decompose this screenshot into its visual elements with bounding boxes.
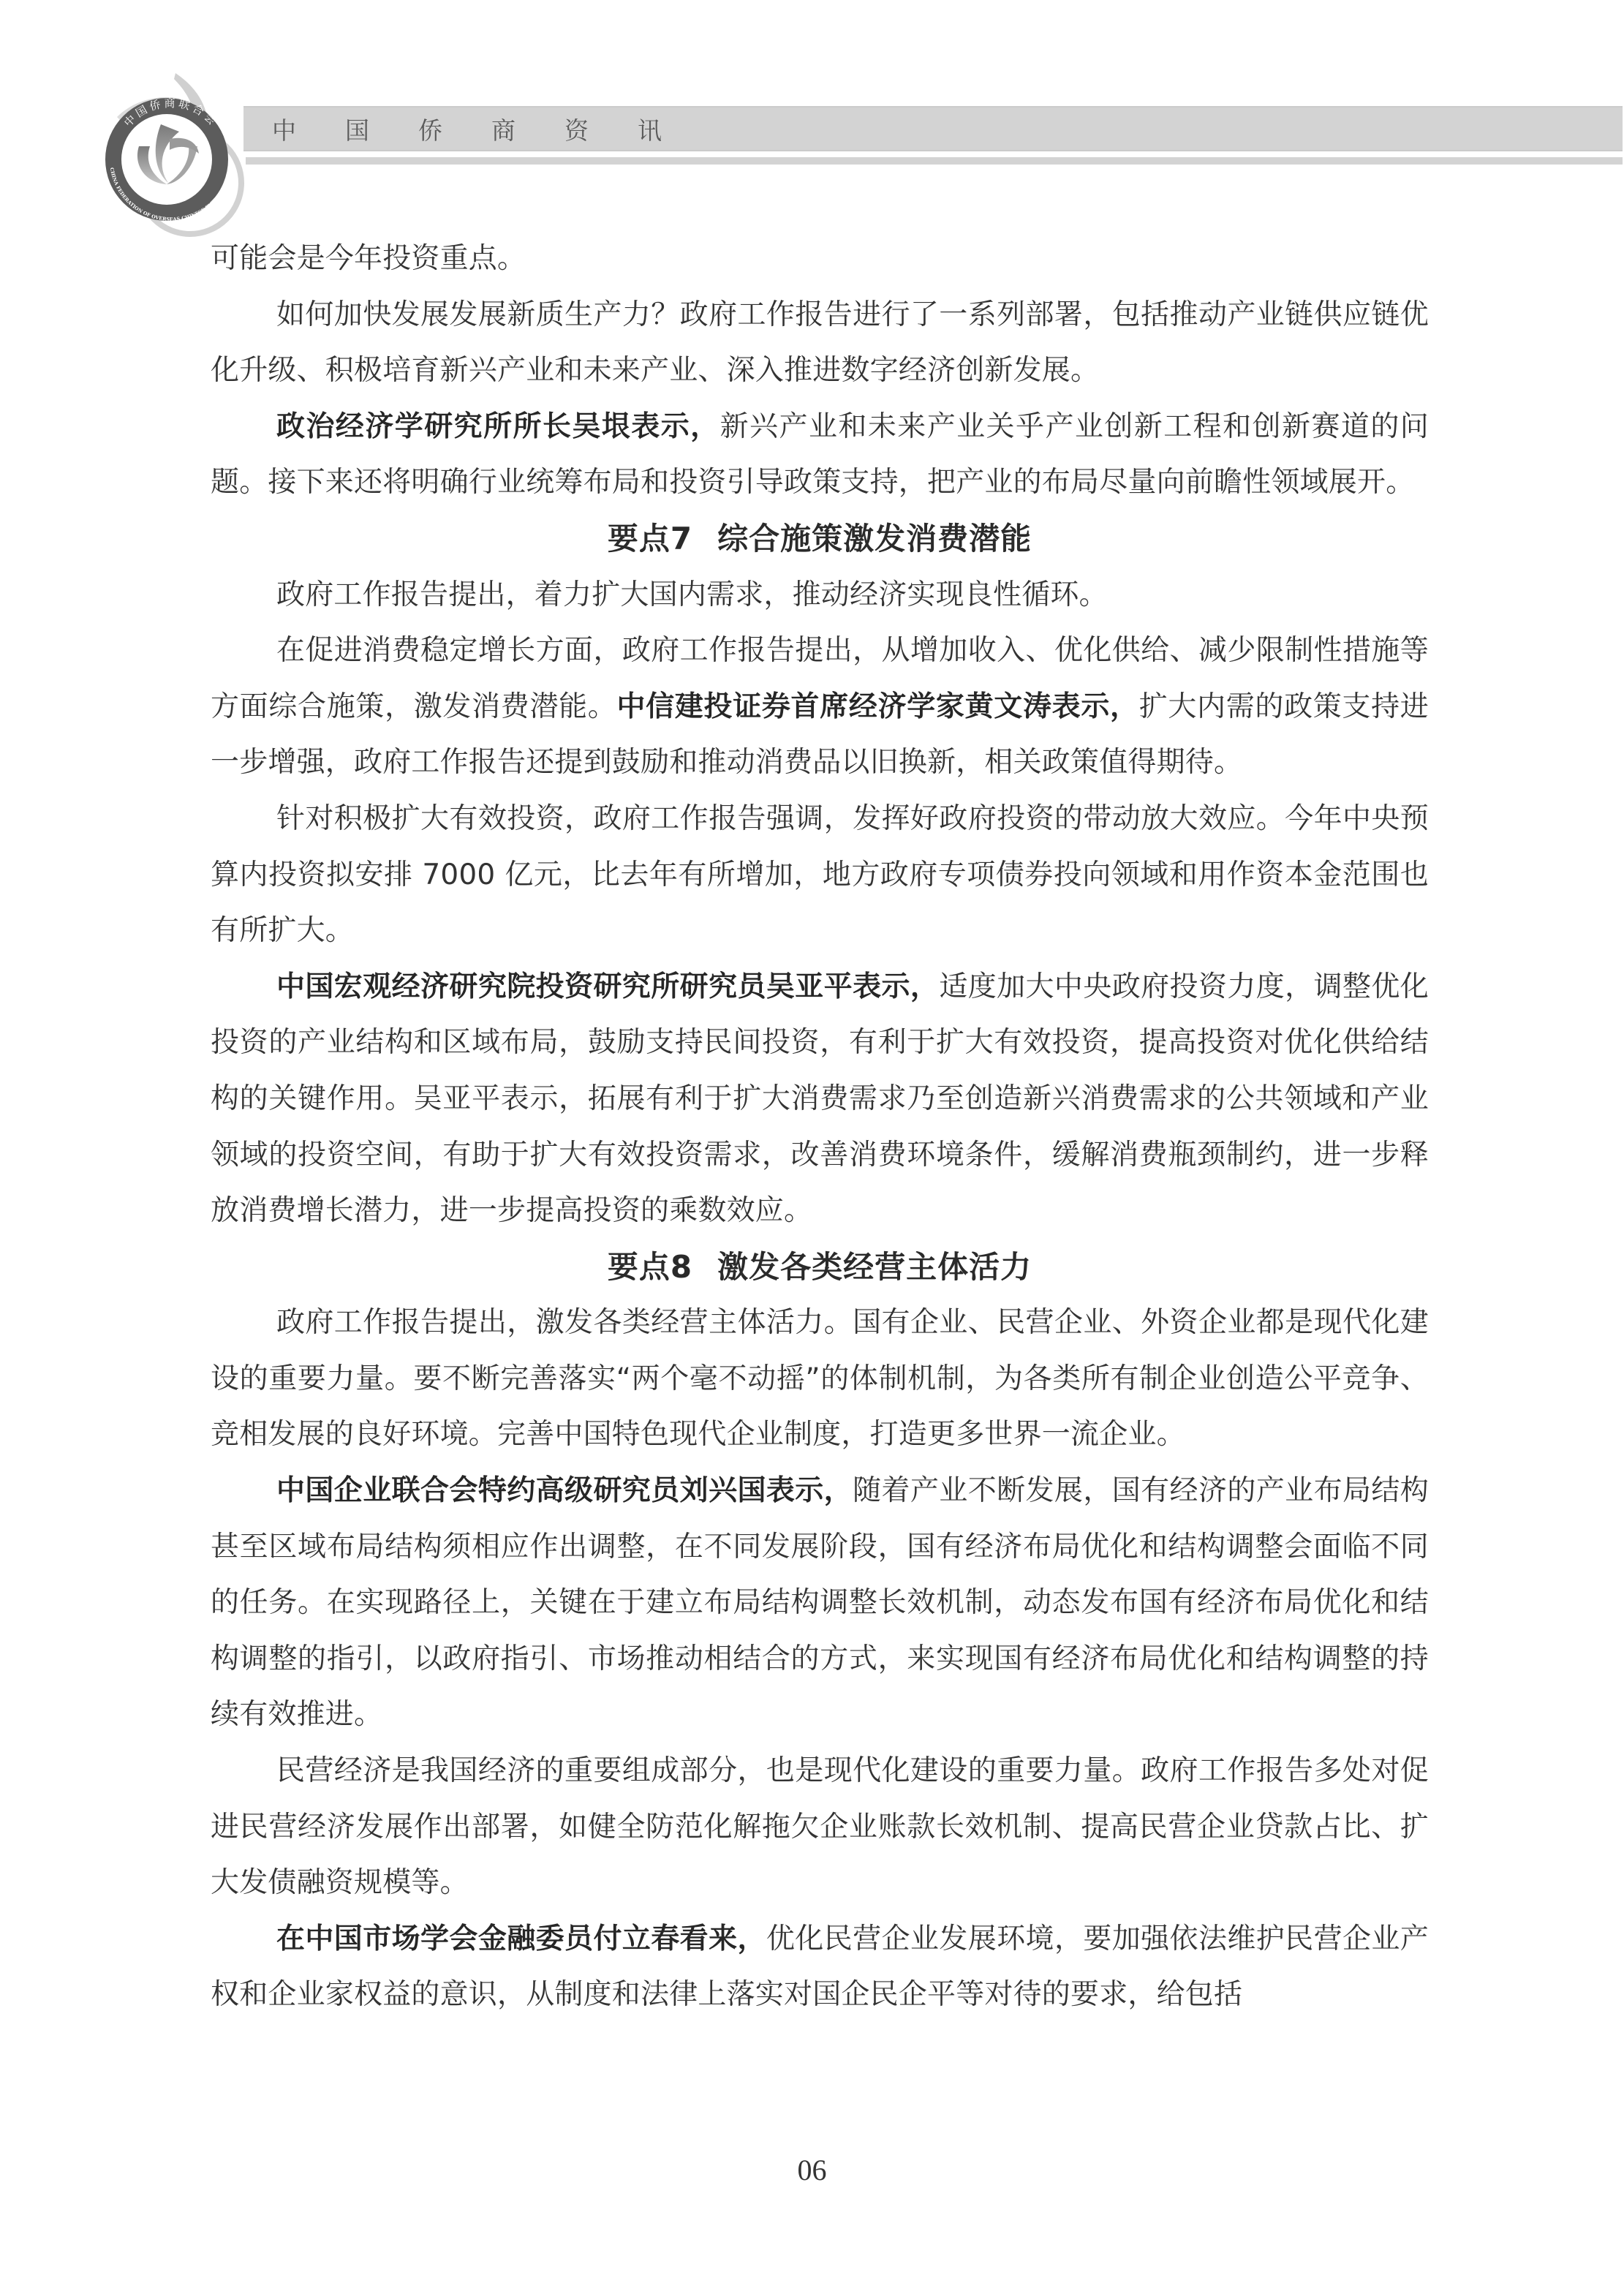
paragraph-text: 适度加大中央政府投资力度，调整优化投资的产业结构和区域布局，鼓励支持民间投资，有… [211,970,1429,1227]
body-paragraph: 政府工作报告提出，激发各类经营主体活力。国有企业、民营企业、外资企业都是现代化建… [211,1295,1429,1463]
section-number: 要点7 [608,521,692,556]
article-body: 可能会是今年投资重点。如何加快发展发展新质生产力？政府工作报告进行了一系列部署，… [211,231,1429,2023]
publication-title-char: 商 [491,112,564,146]
body-paragraph: 政治经济学研究所所长吴垠表示，新兴产业和未来产业关乎产业创新工程和创新赛道的问题… [211,399,1429,511]
publication-title: 中 国 侨 商 资 讯 [272,110,711,148]
body-paragraph: 民营经济是我国经济的重要组成部分，也是现代化建设的重要力量。政府工作报告多处对促… [211,1743,1429,1911]
organization-seal-icon: 中国侨商联合会 CHINA FEDERATION OF OVERSEAS CHI… [88,73,263,249]
speaker-attribution: 中国企业联合会特约高级研究员刘兴国表示， [276,1474,853,1507]
section-number: 要点8 [608,1249,692,1285]
page-number: 06 [0,2153,1624,2187]
paragraph-text: 政府工作报告提出，着力扩大国内需求，推动经济实现良性循环。 [276,578,1108,611]
body-paragraph: 中国企业联合会特约高级研究员刘兴国表示，随着产业不断发展，国有经济的产业布局结构… [211,1463,1429,1743]
paragraph-text: 随着产业不断发展，国有经济的产业布局结构甚至区域布局结构须相应作出调整，在不同发… [211,1474,1429,1731]
speaker-attribution: 政治经济学研究所所长吴垠表示， [276,410,720,443]
paragraph-text: 民营经济是我国经济的重要组成部分，也是现代化建设的重要力量。政府工作报告多处对促… [211,1754,1429,1899]
paragraph-text: 针对积极扩大有效投资，政府工作报告强调，发挥好政府投资的带动放大效应。今年中央预… [211,802,1429,947]
publication-title-char: 讯 [638,112,711,146]
body-paragraph: 在中国市场学会金融委员付立春看来，优化民营企业发展环境，要加强依法维护民营企业产… [211,1911,1429,2023]
body-paragraph: 可能会是今年投资重点。 [211,231,1429,287]
publication-title-char: 国 [345,112,418,146]
paragraph-text: 可能会是今年投资重点。 [211,242,526,275]
header-strip [246,157,1623,165]
section-heading: 要点8激发各类经营主体活力 [211,1239,1429,1296]
paragraph-text: 如何加快发展发展新质生产力？政府工作报告进行了一系列部署，包括推动产业链供应链优… [211,298,1429,388]
publication-title-char: 中 [272,112,345,146]
speaker-attribution: 中信建投证券首席经济学家黄文涛表示， [616,690,1138,723]
body-paragraph: 在促进消费稳定增长方面，政府工作报告提出，从增加收入、优化供给、减少限制性措施等… [211,623,1429,791]
speaker-attribution: 中国宏观经济研究院投资研究所研究员吴亚平表示， [276,970,939,1003]
section-title: 激发各类经营主体活力 [717,1249,1032,1285]
publication-title-char: 侨 [418,112,491,146]
paragraph-text: 政府工作报告提出，激发各类经营主体活力。国有企业、民营企业、外资企业都是现代化建… [211,1306,1429,1451]
body-paragraph: 针对积极扩大有效投资，政府工作报告强调，发挥好政府投资的带动放大效应。今年中央预… [211,791,1429,959]
body-paragraph: 如何加快发展发展新质生产力？政府工作报告进行了一系列部署，包括推动产业链供应链优… [211,287,1429,399]
body-paragraph: 中国宏观经济研究院投资研究所研究员吴亚平表示，适度加大中央政府投资力度，调整优化… [211,959,1429,1239]
publication-title-char: 资 [564,112,638,146]
section-heading: 要点7综合施策激发消费潜能 [211,511,1429,567]
section-title: 综合施策激发消费潜能 [717,521,1032,556]
speaker-attribution: 在中国市场学会金融委员付立春看来， [276,1922,766,1955]
body-paragraph: 政府工作报告提出，着力扩大国内需求，推动经济实现良性循环。 [211,567,1429,624]
